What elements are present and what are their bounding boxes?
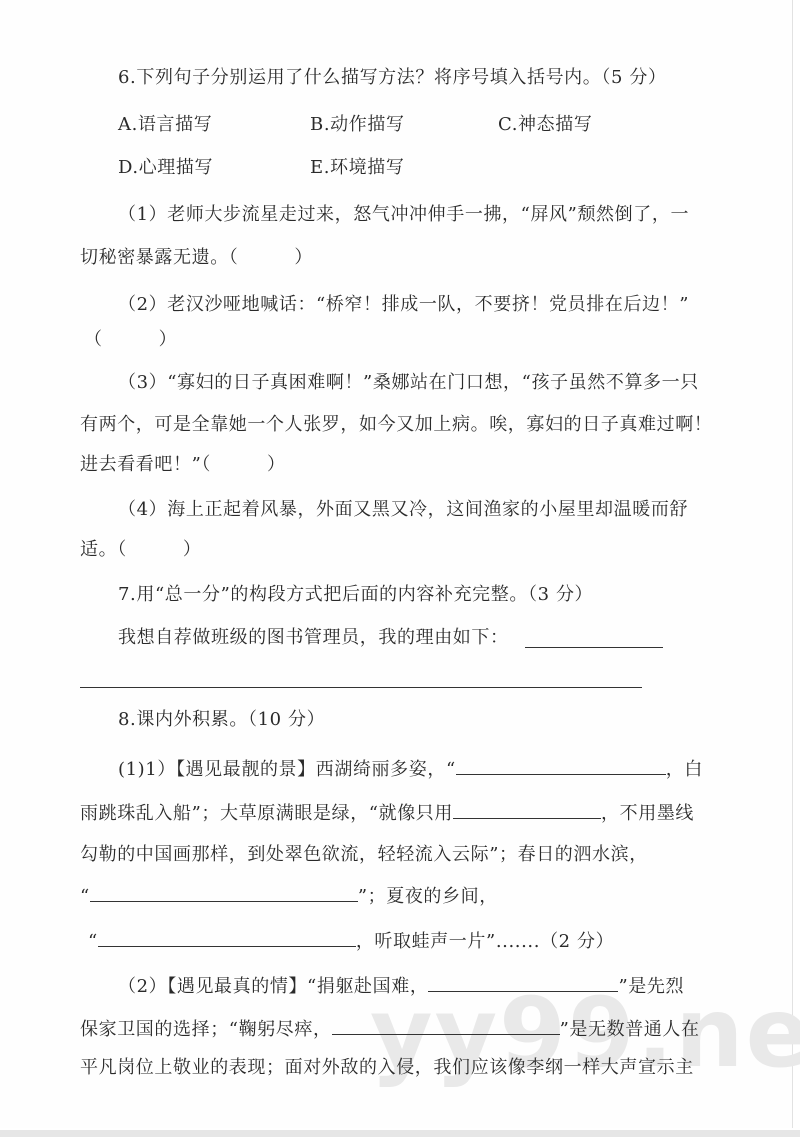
q8-p1-l1-text: (1)1）【遇见最靓的景】西湖绮丽多姿，“ [118,759,456,780]
q8-p2-line1: （2）【遇见最真的情】“捐躯赴国难，”是先烈 [118,973,684,999]
q8-p2-l1-text: （2）【遇见最真的情】“捐躯赴国难， [118,976,428,997]
q6-option-d: D.心理描写 [118,156,213,180]
q8-p1-l5-open: “ [88,931,98,952]
q8-p1-l2-tail: ，不用墨线 [601,803,694,824]
q8-p1-blank-1[interactable] [456,756,666,775]
q7-answer-line-1[interactable] [525,647,663,648]
q8-p2-blank-1[interactable] [428,973,618,992]
q6-item2-line1: （2）老汉沙哑地喊话：“桥窄！排成一队，不要挤！党员排在后边！” [118,293,689,317]
q8-p1-line1: (1)1）【遇见最靓的景】西湖绮丽多姿，“，白 [118,756,703,782]
q8-p2-line3: 平凡岗位上敬业的表现；面对外敌的入侵，我们应该像李纲一样大声宣示主 [80,1056,694,1080]
q8-p2-l1-tail: ”是先烈 [618,976,684,997]
q6-item4-close: ） [183,539,202,560]
q7-title: 7.用“总一分”的构段方式把后面的内容补充完整。（3 分） [118,583,593,607]
q6-item3-line2: 有两个，可是全靠她一个人张罗，如今又加上病。唉，寡妇的日子真难过啊！ [80,413,712,437]
q6-item4-line1: （4）海上正起着风暴，外面又黑又冷，这间渔家的小屋里却温暖而舒 [118,498,688,522]
q6-item2-close: ） [159,329,178,350]
exam-page: yy99.net 6.下列句子分别运用了什么描写方法？将序号填入括号内。（5 分… [0,0,793,1128]
q6-option-e: E.环境描写 [310,156,404,180]
q6-title: 6.下列句子分别运用了什么描写方法？将序号填入括号内。（5 分） [118,66,667,90]
q8-p1-blank-3[interactable] [90,883,358,902]
q8-p1-l4-tail: ”；夏夜的乡间， [358,886,498,907]
q7-prompt: 我想自荐做班级的图书管理员，我的理由如下： [118,626,509,650]
q6-option-a: A.语言描写 [118,113,212,137]
q8-title: 8.课内外积累。（10 分） [118,708,325,732]
q8-p2-l2-text: 保家卫国的选择；“鞠躬尽瘁， [80,1019,332,1040]
q8-p1-l2-text: 雨跳珠乱入船”；大草原满眼是绿，“就像只用 [80,803,453,824]
q8-p1-line4: “”；夏夜的乡间， [80,883,498,909]
q6-item1-close: ） [294,247,313,268]
q6-item1-text: 切秘密暴露无遗。（ [80,247,238,268]
q7-answer-line-2[interactable] [80,687,642,688]
q6-item3-line1: （3）“寡妇的日子真困难啊！”桑娜站在门口想，“孩子虽然不算多一只 [118,371,699,395]
q8-p1-line5: “，听取蛙声一片”.......（2 分） [88,928,614,954]
viewer-bottom-edge [0,1130,800,1137]
q8-p1-blank-4[interactable] [98,928,356,947]
q8-p2-l2-tail: ”是无数普通人在 [560,1019,700,1040]
q6-item1-line2: 切秘密暴露无遗。（） [80,246,313,270]
q8-p1-line2: 雨跳珠乱入船”；大草原满眼是绿，“就像只用，不用墨线 [80,800,694,826]
q6-item2-line2: （） [84,328,177,352]
q6-item3-close: ） [267,454,286,475]
q8-p1-l4-open: “ [80,886,90,907]
q8-p1-l5-tail: ，听取蛙声一片”.......（2 分） [356,931,614,952]
q8-p1-blank-2[interactable] [453,800,601,819]
q6-item3-line3: 进去看看吧！”（） [80,453,286,477]
q6-item4-text: 适。（ [80,539,127,560]
q6-option-b: B.动作描写 [310,113,405,137]
q8-p1-l1-tail: ，白 [666,759,703,780]
q6-option-c: C.神态描写 [498,113,592,137]
q6-item2-text: （ [84,329,103,350]
q8-p1-line3: 勾勒的中国画那样，到处翠色欲流，轻轻流入云际”；春日的泗水滨， [80,843,648,867]
q8-p2-blank-2[interactable] [332,1016,560,1035]
q6-item1-line1: （1）老师大步流星走过来，怒气冲冲伸手一拂，“屏风”颓然倒了，一 [118,203,689,227]
q8-p2-line2: 保家卫国的选择；“鞠躬尽瘁，”是无数普通人在 [80,1016,700,1042]
q6-item4-line2: 适。（） [80,538,201,562]
q6-item3-text: 进去看看吧！”（ [80,454,211,475]
